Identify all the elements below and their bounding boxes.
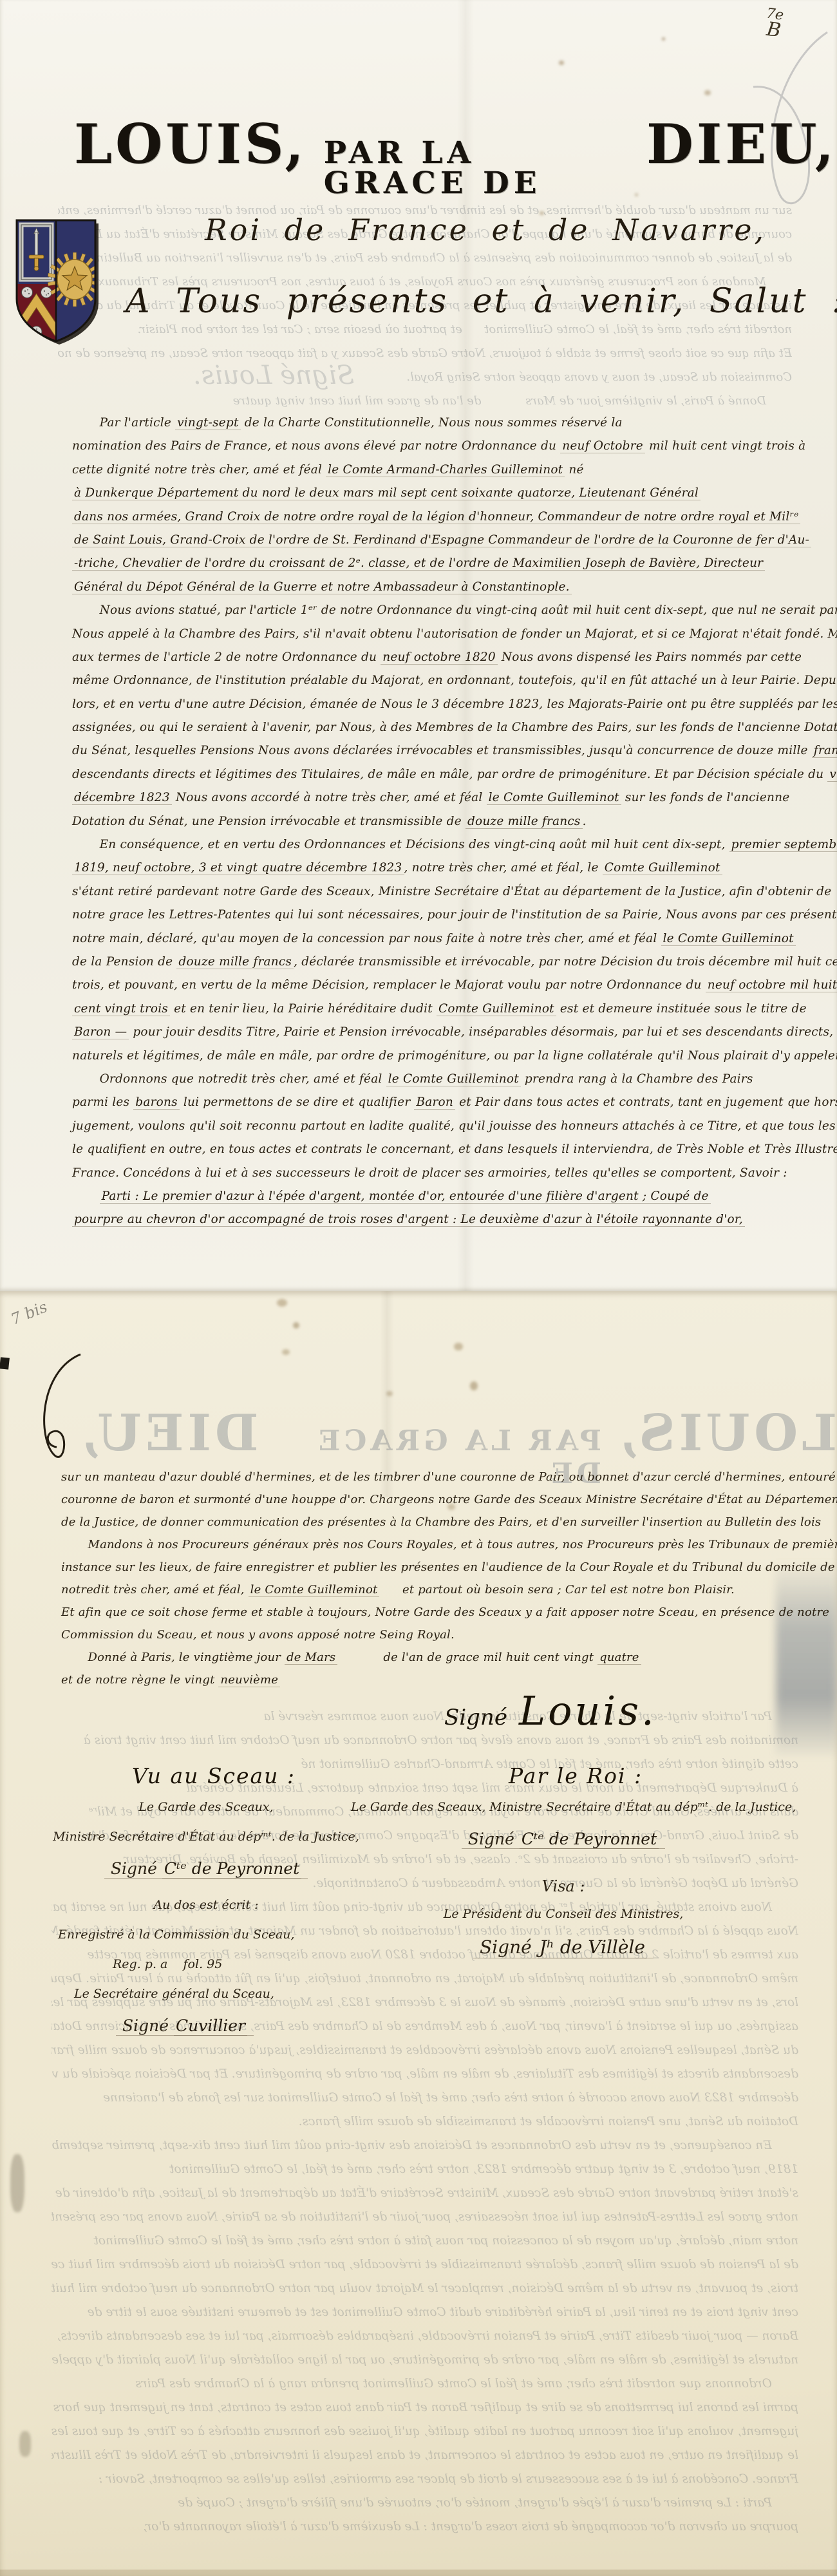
salutation-line-2: A Tous présents et à venir, Salut : [126,282,837,321]
body-text-page2: sur un manteau d'azur doublé d'hermines,… [61,1470,795,1696]
foxing-spot [470,1381,478,1390]
body-line: Baron — pour jouir desdits Titre, Pairie… [72,1025,806,1048]
body-line: parmi les barons lui permettons de se di… [72,1095,806,1119]
body-line: du Sénat, lesquelles Pensions Nous avons… [72,744,806,767]
body-line: notre grace les Lettres-Patentes qui lui… [72,908,806,931]
body-line: notredit très cher, amé et féal, le Comt… [61,1583,795,1605]
royal-signature: Signé Louis. [444,1687,657,1734]
body-line: pourpre au chevron d'or accompagné de tr… [72,1213,806,1236]
body-line: Parti : Le premier d'azur à l'épée d'arg… [72,1189,806,1213]
coat-of-arms [9,215,103,348]
right-column-heading: Par le Roi : [509,1763,643,1788]
body-line: le qualifient en outre, en tous actes et… [72,1142,806,1166]
body-line: Et afin que ce soit chose ferme et stabl… [61,1605,795,1628]
garde-des-sceaux-line: Le Garde des Sceaux, [39,1800,373,1830]
title-word-louis: LOUIS, [74,117,307,171]
body-line: Nous avions statué, par l'article 1ᵉʳ de… [72,603,806,627]
salutation-line-1: Roi de France et de Navarre, [205,213,766,247]
left-column-heading: Vu au Sceau : [132,1763,296,1788]
body-line: couronne de baron et surmonté d'une houp… [61,1493,795,1515]
signature-peyronnet-right: Signé Cᵗᵉ de Peyronnet [351,1830,776,1859]
body-line: de la Justice, de donner communication d… [61,1515,795,1538]
body-line: et de notre règne le vingt neuvième [61,1673,795,1696]
foxing-spot [282,1349,290,1355]
foxing-spot [277,1299,287,1307]
registre-folio-line: Reg. p. a fol. 95 [39,1957,373,1987]
bleed-title-louis: LOUIS, [616,1404,837,1463]
pencil-note: 7 bis [8,1298,50,1329]
body-line: Nous appelé à la Chambre des Pairs, s'il… [72,627,806,650]
foxing-spot [293,1322,299,1329]
body-line: aux termes de l'article 2 de notre Ordon… [72,650,806,674]
ministre-line: Ministre Secrétaire d'État au dépᵐᵗ. de … [39,1830,373,1859]
body-line: cette dignité notre très cher, amé et fé… [72,463,806,486]
garde-des-sceaux-line-right: Le Garde des Sceaux, Ministre Secrétaire… [351,1800,776,1830]
body-line: Général du Dépot Général de la Guerre et… [72,580,806,603]
signe-label: Signé [444,1705,507,1730]
bleed-through-signature: Signé Louis. [193,361,354,390]
king-signature: Louis. [519,1687,657,1734]
stain-spot [559,61,564,65]
au-dos-line: Au dos est écrit : [39,1898,373,1927]
body-line: trois, et pouvant, en vertu de la même D… [72,978,806,1001]
margin-smudge [19,2431,31,2457]
body-line: descendants directs et légitimes des Tit… [72,768,806,791]
body-line: de la Pension de douze mille francs, déc… [72,955,806,978]
body-line: s'étant retiré pardevant notre Garde des… [72,885,806,908]
visa-label: Visa : [351,1877,776,1907]
body-line: même Ordonnance, de l'institution préala… [72,674,806,697]
body-line: -triche, Chevalier de l'ordre du croissa… [72,556,806,580]
folio-letter: B [765,18,783,43]
page-bottom-edge [0,2570,837,2576]
signature-cuvillier: Signé Cuvillier [39,2016,373,2046]
signature-villele: Signé Jʰ de Villèle [351,1937,776,1966]
foxing-spot [454,1343,463,1350]
roi-column: Le Garde des Sceaux, Ministre Secrétaire… [351,1800,776,1966]
page-2-verso: 7 bis LOUIS, PAR LA GRACE DE DIEU, Par l… [0,1291,837,2576]
body-line: instance sur les lieux, de faire enregis… [61,1560,795,1583]
body-line: 1819, neuf octobre, 3 et vingt quatre dé… [72,861,806,884]
body-line: lors, et en vertu d'une autre Décision, … [72,697,806,721]
margin-smudge [10,2154,24,2212]
stain-spot [662,37,665,41]
body-line: de Saint Louis, Grand-Croix de l'ordre d… [72,533,806,556]
body-line: à Dunkerque Département du nord le deux … [72,486,806,509]
president-conseil-line: Le Président du Conseil des Ministres, [351,1907,776,1937]
enregistre-line: Enregistré à la Commission du Sceau, [39,1927,373,1957]
body-line: assignées, ou qui le seraient à l'avenir… [72,721,806,744]
page-edge-notch [0,1357,10,1369]
body-line: Dotation du Sénat, une Pension irrévocab… [72,815,806,838]
signature-peyronnet-left: Signé Cᵗᵉ de Peyronnet [39,1859,373,1889]
body-line: Commission du Sceau, et nous y avons app… [61,1628,795,1651]
bleed-title-dieu: DIEU, [77,1404,259,1463]
manuscript-scan: 7e B sur un manteau d'azur doublé d'herm… [0,0,837,2576]
body-line: Mandons à nos Procureurs généraux près n… [61,1538,795,1560]
body-line: Donné à Paris, le vingtième jour de Mars… [61,1651,795,1673]
body-line: Ordonnons que notredit très cher, amé et… [72,1072,806,1095]
seal-column: Le Garde des Sceaux, Ministre Secrétaire… [39,1800,373,2046]
fold-crease [457,0,474,1291]
body-line: nomination des Pairs de France, et nous … [72,439,806,462]
body-line: Par l'article vingt-sept de la Charte Co… [72,416,806,439]
stain-spot [704,90,711,95]
body-line: notre main, déclaré, qu'au moyen de la c… [72,932,806,955]
secretaire-general-line: Le Secrétaire général du Sceau, [39,1987,373,2016]
body-line: dans nos armées, Grand Croix de notre or… [72,510,806,533]
title-middle: PAR LA GRACE DE [324,138,630,198]
body-line: France. Concédons à lui et à ses success… [72,1166,806,1189]
body-line: En conséquence, et en vertu des Ordonnan… [72,838,806,861]
page-title: LOUIS, PAR LA GRACE DE DIEU, [74,117,837,198]
body-line: cent vingt trois et en tenir lieu, la Pa… [72,1002,806,1025]
body-line: jugement, voulons qu'il soit reconnu par… [72,1119,806,1142]
title-word-dieu: DIEU, [646,117,837,171]
body-line: sur un manteau d'azur doublé d'hermines,… [61,1470,795,1493]
body-text-page1: Par l'article vingt-sept de la Charte Co… [72,416,806,1236]
fold-crease [380,1291,394,1497]
page-1-recto: 7e B sur un manteau d'azur doublé d'herm… [0,0,837,1291]
body-line: décembre 1823 Nous avons accordé à notre… [72,791,806,814]
body-line: naturels et légitimes, de mâle en mâle, … [72,1049,806,1072]
